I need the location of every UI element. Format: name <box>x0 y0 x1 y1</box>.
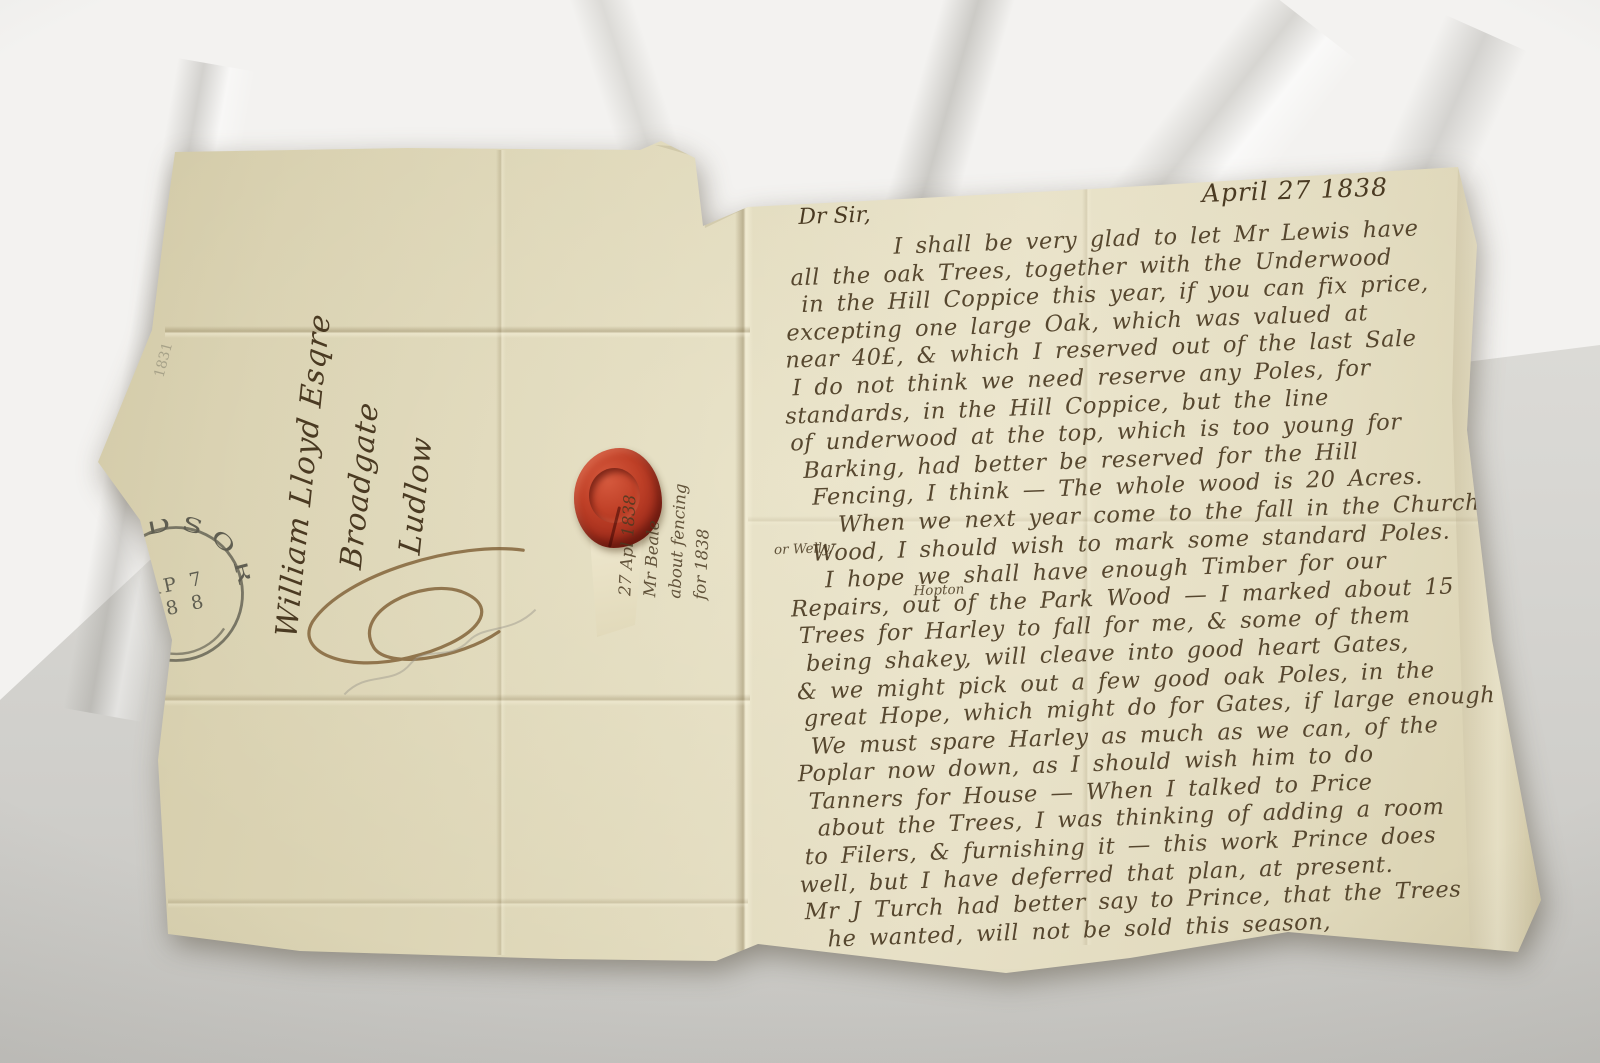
docket-block: 27 Apl 1838Mr Bealeabout fencingfor 1838 <box>612 296 728 601</box>
center-fold-crease <box>735 150 753 965</box>
letter-date-line: April 27 1838 <box>1201 172 1388 207</box>
letter-body: I shall be very glad to let Mr Lewis hav… <box>773 213 1518 955</box>
unfolded-letter-paper: 1831 WINDSOR AP 7 18 8 William Lloyd Esq… <box>0 0 1600 1063</box>
photograph-of-1838-letter: 1831 WINDSOR AP 7 18 8 William Lloyd Esq… <box>0 0 1600 1063</box>
windsor-postmark-icon: WINDSOR AP 7 18 8 <box>86 504 266 684</box>
horizontal-fold-crease <box>168 898 748 908</box>
torn-top-flap <box>650 140 755 235</box>
letter-salutation: Dr Sir, <box>798 203 871 231</box>
letter-place-line: Cloisters, Windsor Castle <box>1070 133 1443 177</box>
postmark-date-line2: 18 8 <box>148 590 209 623</box>
horizontal-fold-crease <box>165 694 750 706</box>
paper-shadow: 1831 WINDSOR AP 7 18 8 William Lloyd Esq… <box>0 0 1600 1063</box>
letter-text-page: Cloisters, Windsor Castle April 27 1838 … <box>770 125 1519 980</box>
pencil-note: 1831 <box>151 341 176 380</box>
